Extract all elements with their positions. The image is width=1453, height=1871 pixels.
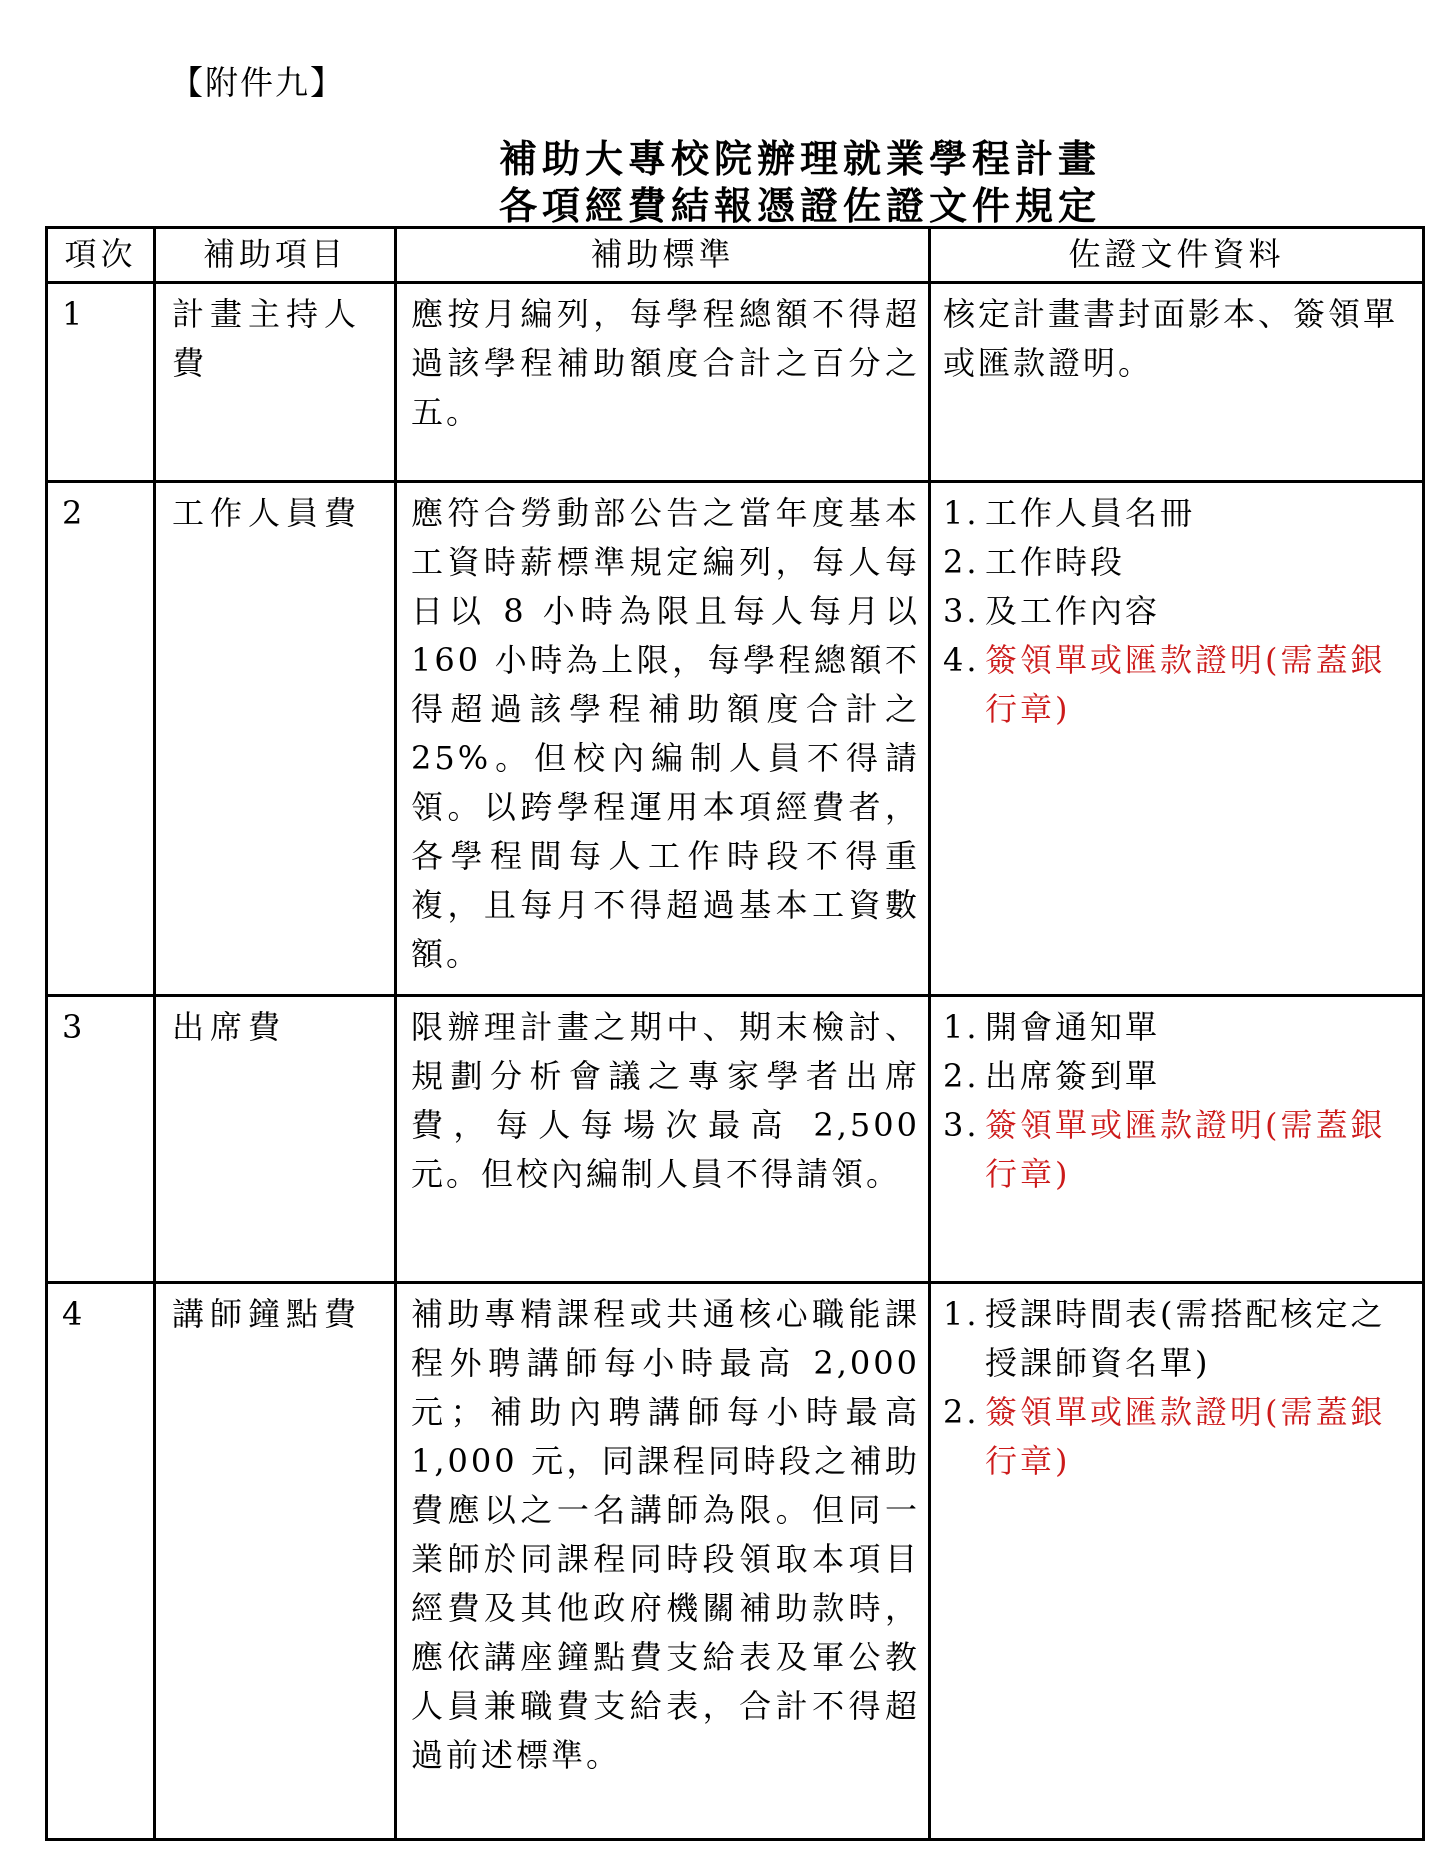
- doc-list-item-highlighted: 4.簽領單或匯款證明(需蓋銀行章): [943, 636, 1414, 734]
- doc-number: 2.: [943, 538, 985, 587]
- subsidy-item: 講師鐘點費: [155, 1283, 396, 1840]
- document-title-line2: 各項經費結報憑證佐證文件規定: [440, 182, 1160, 230]
- doc-text: 工作時段: [985, 538, 1414, 587]
- document-title-line1: 補助大專校院辦理就業學程計畫: [440, 135, 1160, 183]
- header-subsidy-standard: 補助標準: [396, 228, 930, 283]
- header-supporting-docs: 佐證文件資料: [930, 228, 1424, 283]
- subsidy-item: 工作人員費: [155, 482, 396, 996]
- row-number: 3: [47, 996, 155, 1283]
- doc-text: 工作人員名冊: [985, 489, 1414, 538]
- doc-list-item: 1.開會通知單: [943, 1003, 1414, 1052]
- subsidy-standard: 限辦理計畫之期中、期末檢討、規劃分析會議之專家學者出席費，每人每場次最高 2,5…: [396, 996, 930, 1283]
- subsidy-item: 計畫主持人費: [155, 283, 396, 482]
- doc-text: 開會通知單: [985, 1003, 1414, 1052]
- table-row: 3 出席費 限辦理計畫之期中、期末檢討、規劃分析會議之專家學者出席費，每人每場次…: [47, 996, 1424, 1283]
- doc-text-red: 簽領單或匯款證明(需蓋銀行章): [985, 1101, 1414, 1199]
- header-subsidy-item: 補助項目: [155, 228, 396, 283]
- row-number: 2: [47, 482, 155, 996]
- doc-number: 2.: [943, 1388, 985, 1486]
- table-row: 1 計畫主持人費 應按月編列，每學程總額不得超過該學程補助額度合計之百分之五。 …: [47, 283, 1424, 482]
- doc-number: 1.: [943, 489, 985, 538]
- doc-list-item: 1.授課時間表(需搭配核定之授課師資名單): [943, 1290, 1414, 1388]
- attachment-label: 【附件九】: [170, 60, 345, 106]
- supporting-docs: 1.授課時間表(需搭配核定之授課師資名單) 2.簽領單或匯款證明(需蓋銀行章): [930, 1283, 1424, 1840]
- doc-list-item: 2.工作時段: [943, 538, 1414, 587]
- table-row: 2 工作人員費 應符合勞動部公告之當年度基本工資時薪標準規定編列，每人每日以 8…: [47, 482, 1424, 996]
- row-number: 1: [47, 283, 155, 482]
- doc-list-item: 1.工作人員名冊: [943, 489, 1414, 538]
- doc-list-item-highlighted: 2.簽領單或匯款證明(需蓋銀行章): [943, 1388, 1414, 1486]
- table-row: 4 講師鐘點費 補助專精課程或共通核心職能課程外聘講師每小時最高 2,000 元…: [47, 1283, 1424, 1840]
- supporting-docs: 核定計畫書封面影本、簽領單或匯款證明。: [930, 283, 1424, 482]
- doc-text-red: 簽領單或匯款證明(需蓋銀行章): [985, 1388, 1414, 1486]
- regulation-table: 項次 補助項目 補助標準 佐證文件資料 1 計畫主持人費 應按月編列，每學程總額…: [45, 226, 1425, 1841]
- doc-number: 1.: [943, 1003, 985, 1052]
- supporting-docs: 1.工作人員名冊 2.工作時段 3.及工作內容 4.簽領單或匯款證明(需蓋銀行章…: [930, 482, 1424, 996]
- doc-number: 1.: [943, 1290, 985, 1388]
- doc-list-item: 3.及工作內容: [943, 587, 1414, 636]
- doc-number: 3.: [943, 587, 985, 636]
- doc-number: 3.: [943, 1101, 985, 1199]
- doc-number: 2.: [943, 1052, 985, 1101]
- subsidy-item: 出席費: [155, 996, 396, 1283]
- doc-list-item: 2.出席簽到單: [943, 1052, 1414, 1101]
- doc-text: 出席簽到單: [985, 1052, 1414, 1101]
- doc-text: 及工作內容: [985, 587, 1414, 636]
- header-item-no: 項次: [47, 228, 155, 283]
- subsidy-standard: 應按月編列，每學程總額不得超過該學程補助額度合計之百分之五。: [396, 283, 930, 482]
- table-header-row: 項次 補助項目 補助標準 佐證文件資料: [47, 228, 1424, 283]
- row-number: 4: [47, 1283, 155, 1840]
- doc-text-red: 簽領單或匯款證明(需蓋銀行章): [985, 636, 1414, 734]
- doc-number: 4.: [943, 636, 985, 734]
- subsidy-standard: 應符合勞動部公告之當年度基本工資時薪標準規定編列，每人每日以 8 小時為限且每人…: [396, 482, 930, 996]
- subsidy-standard: 補助專精課程或共通核心職能課程外聘講師每小時最高 2,000 元；補助內聘講師每…: [396, 1283, 930, 1840]
- supporting-docs: 1.開會通知單 2.出席簽到單 3.簽領單或匯款證明(需蓋銀行章): [930, 996, 1424, 1283]
- doc-list-item-highlighted: 3.簽領單或匯款證明(需蓋銀行章): [943, 1101, 1414, 1199]
- doc-text: 授課時間表(需搭配核定之授課師資名單): [985, 1290, 1414, 1388]
